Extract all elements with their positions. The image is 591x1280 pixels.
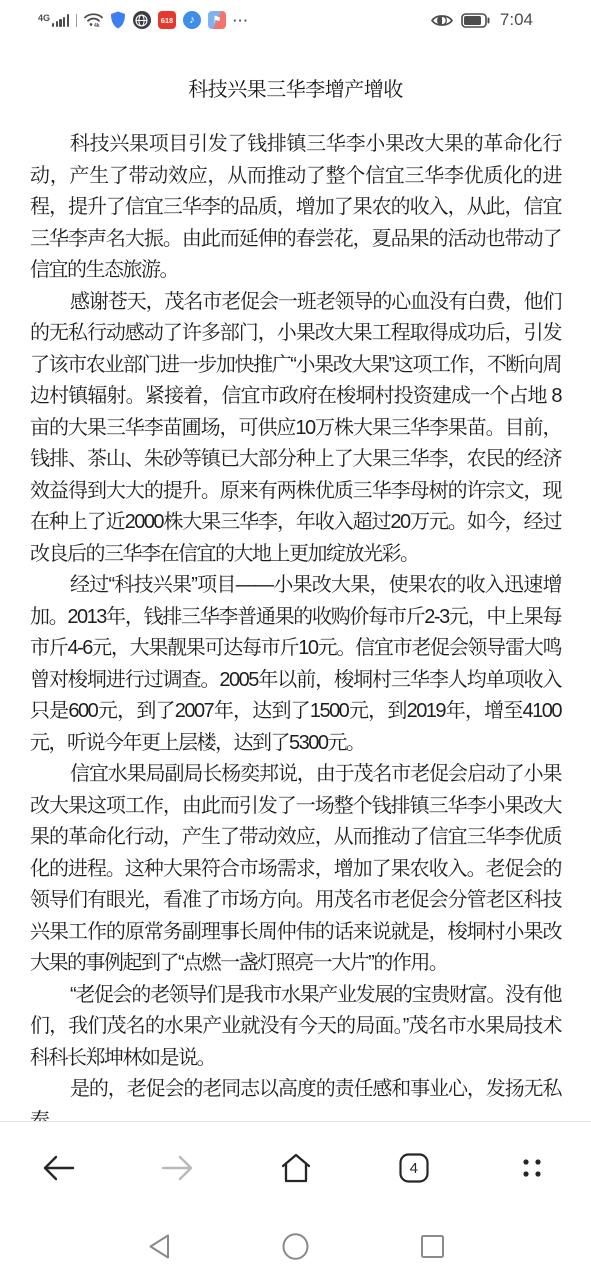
article-paragraph: 经过“科技兴果”项目——小果改大果，使果农的收入迅速增加。2013年，钱排三华李… (30, 570, 561, 759)
home-icon (279, 1152, 313, 1184)
article-paragraph: 是的，老促会的老同志以高度的责任感和事业心，发扬无私奉 (30, 1074, 561, 1122)
menu-dots-icon (518, 1154, 546, 1182)
article-paragraph: 信宜水果局副局长杨奕邦说，由于茂名市老促会启动了小果改大果这项工作，由此而引发了… (30, 759, 561, 980)
flag-glyph: ⚑ (212, 15, 221, 26)
status-bar: 4G 4k 618 (0, 0, 591, 40)
nav-home-button[interactable] (276, 1227, 316, 1267)
nav-back-button[interactable] (139, 1227, 179, 1267)
nav-recents-square-icon (420, 1234, 445, 1259)
home-button[interactable] (273, 1145, 319, 1191)
eye-comfort-icon (430, 13, 454, 28)
article-paragraph: 感谢苍天，茂名市老促会一班老领导的心血没有白费，他们的无私行动感动了许多部门，小… (30, 287, 561, 571)
browser-toolbar: 4 (0, 1122, 591, 1214)
nav-recents-button[interactable] (413, 1227, 453, 1267)
map-app-icon: ⚑ (208, 11, 226, 29)
back-button[interactable] (36, 1145, 82, 1191)
more-notifications-icon: ··· (233, 13, 249, 28)
article-title: 科技兴果三华李增产增收 (30, 78, 561, 102)
svg-text:4k: 4k (94, 23, 100, 28)
forward-arrow-icon (160, 1154, 194, 1182)
promo-618-icon: 618 (158, 11, 176, 29)
promo-618-label: 618 (161, 16, 174, 25)
cellular-signal-icon: 4G (38, 14, 69, 27)
article-content[interactable]: 科技兴果三华李增产增收 科技兴果项目引发了钱排镇三华李小果改大果的革命化行动，产… (0, 40, 591, 1122)
forward-button[interactable] (154, 1145, 200, 1191)
nav-home-circle-icon (282, 1233, 309, 1260)
network-type-label: 4G (38, 13, 50, 23)
back-arrow-icon (42, 1154, 76, 1182)
tabs-button[interactable]: 4 (391, 1145, 437, 1191)
wifi-icon: 4k (84, 12, 103, 28)
nav-back-triangle-icon (147, 1233, 171, 1260)
battery-icon (461, 13, 490, 28)
menu-button[interactable] (509, 1145, 555, 1191)
browser-globe-icon (133, 11, 151, 29)
article-paragraph: “老促会的老领导们是我市水果产业发展的宝贵财富。没有他们，我们茂名的水果产业就没… (30, 980, 561, 1075)
music-app-icon: ♪ (183, 11, 201, 29)
tab-count: 4 (399, 1153, 429, 1183)
status-separator (76, 14, 77, 27)
security-shield-icon (110, 11, 126, 29)
article-paragraph: 科技兴果项目引发了钱排镇三华李小果改大果的革命化行动，产生了带动效应，从而推动了… (30, 129, 561, 287)
system-navigation-bar (0, 1214, 591, 1279)
status-time: 7:04 (500, 10, 533, 30)
music-note-glyph: ♪ (189, 14, 195, 26)
